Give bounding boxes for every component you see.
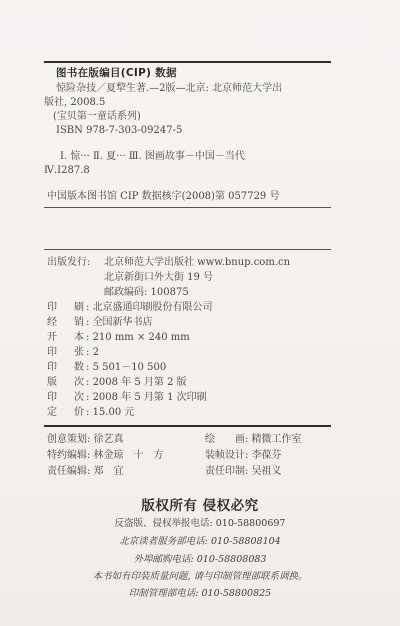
- print-management-phone: 印制管理部电话: 010-58800825: [0, 585, 400, 599]
- field-price: 定价: 15.00 元: [47, 406, 134, 420]
- credits-top-rule: [44, 425, 331, 427]
- credits-row: 特约编辑: 林金琼 十 方装帧设计: 李葆芬: [47, 449, 282, 463]
- publisher-value: 北京师范大学出版社 www.bnup.com.cn: [104, 256, 290, 270]
- cip-classification: Ⅰ. 惊··· Ⅱ. 夏··· Ⅲ. 图画故事－中国－当代: [60, 150, 245, 164]
- publisher-address: 北京新街口外大街 19 号: [104, 271, 213, 285]
- field-distributor: 经销: 全国新华书店: [47, 316, 153, 330]
- rights-title: 版权所有 侵权必究: [0, 494, 400, 514]
- credit-editor: 责任编辑: 郑 宜: [47, 465, 205, 479]
- cip-line1: 惊险杂技／夏犂生著.—2版—北京: 北京师范大学出: [56, 82, 282, 96]
- field-printer: 印刷: 北京盛通印刷股份有限公司: [47, 301, 213, 315]
- quality-notice: 本书如有印装质量问题, 请与印制管理部联系调换。: [0, 568, 400, 582]
- credit-creative: 创意策划: 徐艺真: [47, 433, 205, 447]
- cip-line2: 版社, 2008.5: [44, 96, 105, 110]
- publisher-postcode: 邮政编码: 100875: [104, 286, 189, 300]
- cip-approval: 中国版本图书馆 CIP 数据核字(2008)第 057729 号: [47, 190, 279, 204]
- cip-title: 图书在版编目(CIP) 数据: [56, 65, 177, 80]
- field-print-run: 印数: 5 501－10 500: [47, 361, 166, 375]
- copyright-page: 图书在版编目(CIP) 数据 惊险杂技／夏犂生著.—2版—北京: 北京师范大学出…: [0, 0, 400, 626]
- piracy-hotline: 反盗版、侵权举报电话: 010-58800697: [0, 515, 400, 529]
- cip-series: (宝贝第一童话系列): [53, 110, 141, 124]
- credit-illustration: 绘 画: 精微工作室: [205, 434, 302, 445]
- field-edition: 版次: 2008 年 5 月第 2 版: [47, 376, 187, 390]
- cip-bottom-rule: [44, 207, 331, 208]
- field-impression: 印次: 2008 年 5 月第 1 次印刷: [47, 391, 207, 405]
- publication-top-rule: [44, 249, 331, 250]
- publisher-label: 出版发行:: [47, 256, 104, 270]
- top-rule: [44, 61, 331, 63]
- field-sheets: 印张: 2: [47, 346, 99, 360]
- publisher-row: 出版发行:北京师范大学出版社 www.bnup.com.cn: [47, 256, 290, 270]
- cip-class-number: Ⅳ.I287.8: [44, 164, 90, 178]
- field-format: 开本: 210 mm × 240 mm: [47, 331, 190, 345]
- cip-isbn: ISBN 978-7-303-09247-5: [56, 124, 182, 138]
- credit-print-manager: 责任印制: 吴祖义: [205, 466, 282, 477]
- credits-row: 创意策划: 徐艺真绘 画: 精微工作室: [47, 433, 302, 447]
- credits-row: 责任编辑: 郑 宜责任印制: 吴祖义: [47, 465, 282, 479]
- mail-order-phone: 外埠邮购电话: 010-58808083: [0, 551, 400, 565]
- reader-service-phone: 北京读者服务部电话: 010-58808104: [0, 533, 400, 547]
- credit-design: 装帧设计: 李葆芬: [205, 450, 282, 461]
- credit-special-editor: 特约编辑: 林金琼 十 方: [47, 449, 205, 463]
